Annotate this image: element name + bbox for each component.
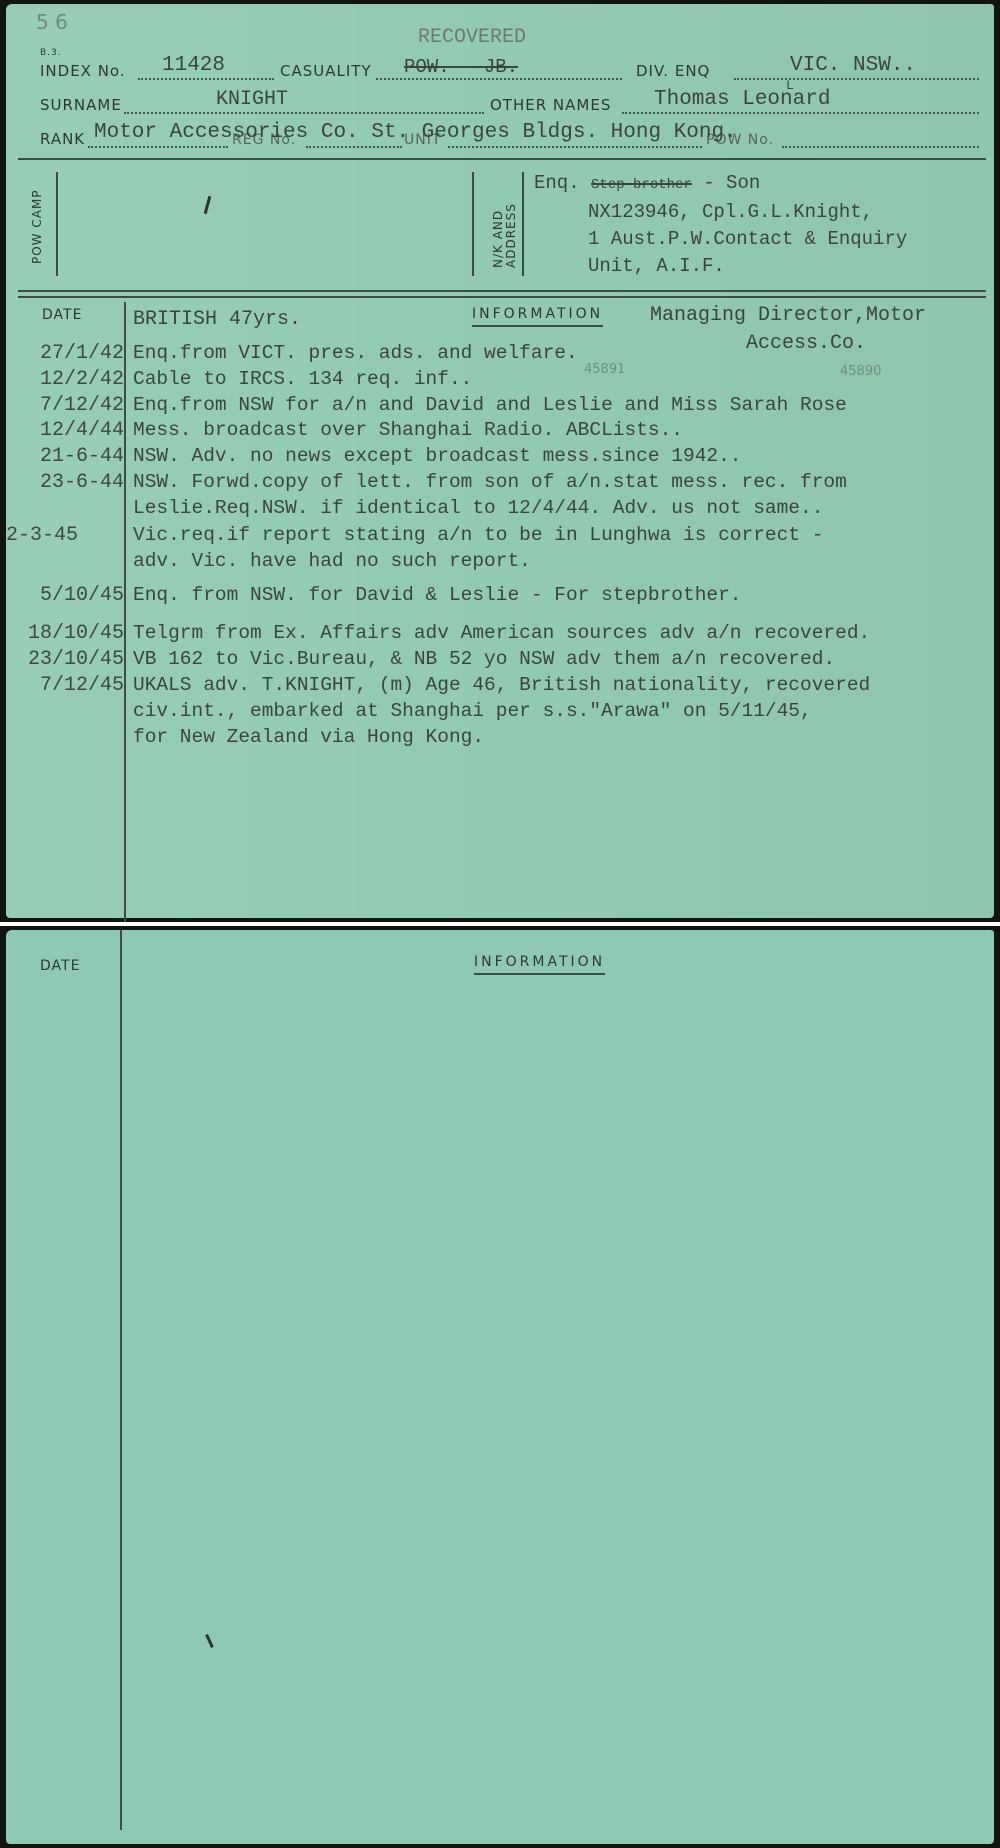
- nk-address-label: N/K AND ADDRESS: [492, 203, 518, 268]
- log-entry-text: Enq.from VICT. pres. ads. and welfare.: [133, 342, 578, 364]
- unit-dotted-line: [448, 146, 702, 148]
- nk-relation: - Son: [703, 172, 760, 194]
- nk-label-line2: ADDRESS: [505, 203, 518, 268]
- log-entry-text: Vic.req.if report stating a/n to be in L…: [133, 524, 823, 546]
- record-card-back: DATE INFORMATION: [0, 926, 1000, 1848]
- ink-mark: [204, 196, 212, 214]
- log-entry-text: UKALS adv. T.KNIGHT, (m) Age 46, British…: [133, 674, 870, 696]
- log-entry-date: 7/12/42: [40, 394, 124, 417]
- log-entry-date-cell: 27/1/42: [6, 342, 124, 366]
- other-names-dotted-line: [622, 112, 979, 114]
- other-names-label: OTHER NAMES: [490, 96, 611, 114]
- nk-address: Enq. Step-brother - Son NX123946, Cpl.G.…: [534, 170, 907, 280]
- rank-line-value: Motor Accessories Co. St. Georges Bldgs.…: [94, 121, 737, 144]
- log-entry-date-cell: 21-6-44: [6, 445, 124, 469]
- occupation-line-1: Managing Director,Motor: [650, 304, 926, 327]
- back-date-header: DATE: [40, 958, 80, 974]
- log-entry-date-cell: 23-6-44: [6, 471, 124, 495]
- form-code: B.3.: [40, 48, 62, 58]
- back-information-header: INFORMATION: [474, 954, 605, 975]
- log-entry-text: VB 162 to Vic.Bureau, & NB 52 yo NSW adv…: [133, 648, 835, 670]
- card-back-surface: DATE INFORMATION: [6, 930, 994, 1844]
- rank-label: RANK: [40, 130, 85, 148]
- surname-value: KNIGHT: [216, 88, 288, 111]
- log-entry-date: 27/1/42: [40, 342, 124, 365]
- nk-line-1: NX123946, Cpl.G.L.Knight,: [534, 199, 907, 226]
- rank-dotted-line: [88, 146, 228, 148]
- index-label: INDEX No.: [40, 62, 126, 80]
- casualty-label: CASUALITY: [280, 62, 372, 80]
- other-names-correction: L: [786, 78, 794, 93]
- recovered-stamp: RECOVERED: [418, 26, 526, 49]
- nk-struck-relation: Step-brother: [591, 177, 692, 193]
- pencil-corner-mark: 5 6: [36, 10, 68, 34]
- log-entry-text: for New Zealand via Hong Kong.: [133, 726, 484, 748]
- pow-no-dotted-line: [782, 146, 979, 148]
- occupation-line-2: Access.Co.: [746, 332, 866, 355]
- log-entry-text: Cable to IRCS. 134 req. inf..: [133, 368, 472, 390]
- nk-left-divider: [472, 172, 474, 276]
- log-entry-text: Mess. broadcast over Shanghai Radio. ABC…: [133, 419, 683, 441]
- log-entry-date-cell: 7/12/42: [6, 394, 124, 418]
- log-entry-date: 7/12/45: [40, 674, 124, 697]
- log-entry-date-cell: 12/4/44: [6, 419, 124, 443]
- log-entry-date: 12/4/44: [40, 419, 124, 442]
- nk-address-first-line: Enq. Step-brother - Son: [534, 170, 907, 199]
- log-entry-date-cell: 7/12/45: [6, 674, 124, 698]
- surname-dotted-line: [124, 112, 484, 114]
- log-entry-text: Leslie.Req.NSW. if identical to 12/4/44.…: [133, 497, 823, 519]
- nk-right-divider: [522, 172, 524, 276]
- log-entry-text: NSW. Adv. no news except broadcast mess.…: [133, 445, 742, 467]
- pow-camp-divider: [56, 172, 58, 276]
- back-date-column-divider: [120, 930, 122, 1830]
- log-entry-date: 2-3-45: [6, 524, 78, 547]
- log-entry-text: Telgrm from Ex. Affairs adv American sou…: [133, 622, 870, 644]
- index-value: 11428: [162, 54, 225, 77]
- address-divider-2: [18, 296, 986, 298]
- nk-prefix: Enq.: [534, 172, 580, 194]
- log-entry-date-cell: 5/10/45: [6, 584, 124, 608]
- casualty-dotted-line: [376, 78, 622, 80]
- casualty-value: POW.---JB.: [404, 56, 518, 78]
- log-entry-date: 23/10/45: [28, 648, 124, 671]
- index-dotted-line: [138, 78, 274, 80]
- information-header: INFORMATION: [472, 306, 603, 327]
- log-entry-date: 21-6-44: [40, 445, 124, 468]
- div-enq-value: VIC. NSW..: [790, 54, 916, 77]
- date-header: DATE: [42, 307, 82, 323]
- log-entry-text: adv. Vic. have had no such report.: [133, 550, 531, 572]
- log-entry-date: 5/10/45: [40, 584, 124, 607]
- nk-line-2: 1 Aust.P.W.Contact & Enquiry: [534, 226, 907, 253]
- reg-no-dotted-line: [306, 146, 402, 148]
- card-front-surface: 5 6 RECOVERED B.3. INDEX No. 11428 CASUA…: [6, 4, 994, 918]
- other-names-value: Thomas Leonard: [654, 88, 830, 111]
- log-entry-date-cell: 23/10/45: [6, 648, 124, 672]
- log-entry-text: NSW. Forwd.copy of lett. from son of a/n…: [133, 471, 847, 493]
- log-entry-date-cell: 12/2/42: [6, 368, 124, 392]
- nk-line-3: Unit, A.I.F.: [534, 253, 907, 280]
- back-ink-mark: [205, 1634, 214, 1648]
- log-entry-date: 18/10/45: [28, 622, 124, 645]
- date-column-divider: [124, 302, 126, 922]
- div-enq-label: DIV. ENQ: [636, 62, 710, 80]
- record-card-front: 5 6 RECOVERED B.3. INDEX No. 11428 CASUA…: [0, 0, 1000, 922]
- log-entry-text: civ.int., embarked at Shanghai per s.s."…: [133, 700, 812, 722]
- header-divider: [18, 158, 986, 160]
- log-entry-text: Enq.from NSW for a/n and David and Lesli…: [133, 394, 847, 416]
- log-entry-date-cell: 18/10/45: [6, 622, 124, 646]
- log-entry-text: Enq. from NSW. for David & Leslie - For …: [133, 584, 742, 606]
- pow-camp-label: POW CAMP: [30, 189, 44, 264]
- pencil-ref-number-1: 45891: [584, 362, 625, 377]
- log-entry-date-cell: 2-3-45: [6, 524, 124, 548]
- log-entry-date: 12/2/42: [40, 368, 124, 391]
- div-enq-dotted-line: [734, 78, 979, 80]
- pencil-ref-number-2: 45890: [840, 364, 881, 379]
- address-divider-1: [18, 290, 986, 292]
- log-entry-date: 23-6-44: [40, 471, 124, 494]
- surname-label: SURNAME: [40, 96, 122, 114]
- nationality-age: BRITISH 47yrs.: [133, 308, 301, 331]
